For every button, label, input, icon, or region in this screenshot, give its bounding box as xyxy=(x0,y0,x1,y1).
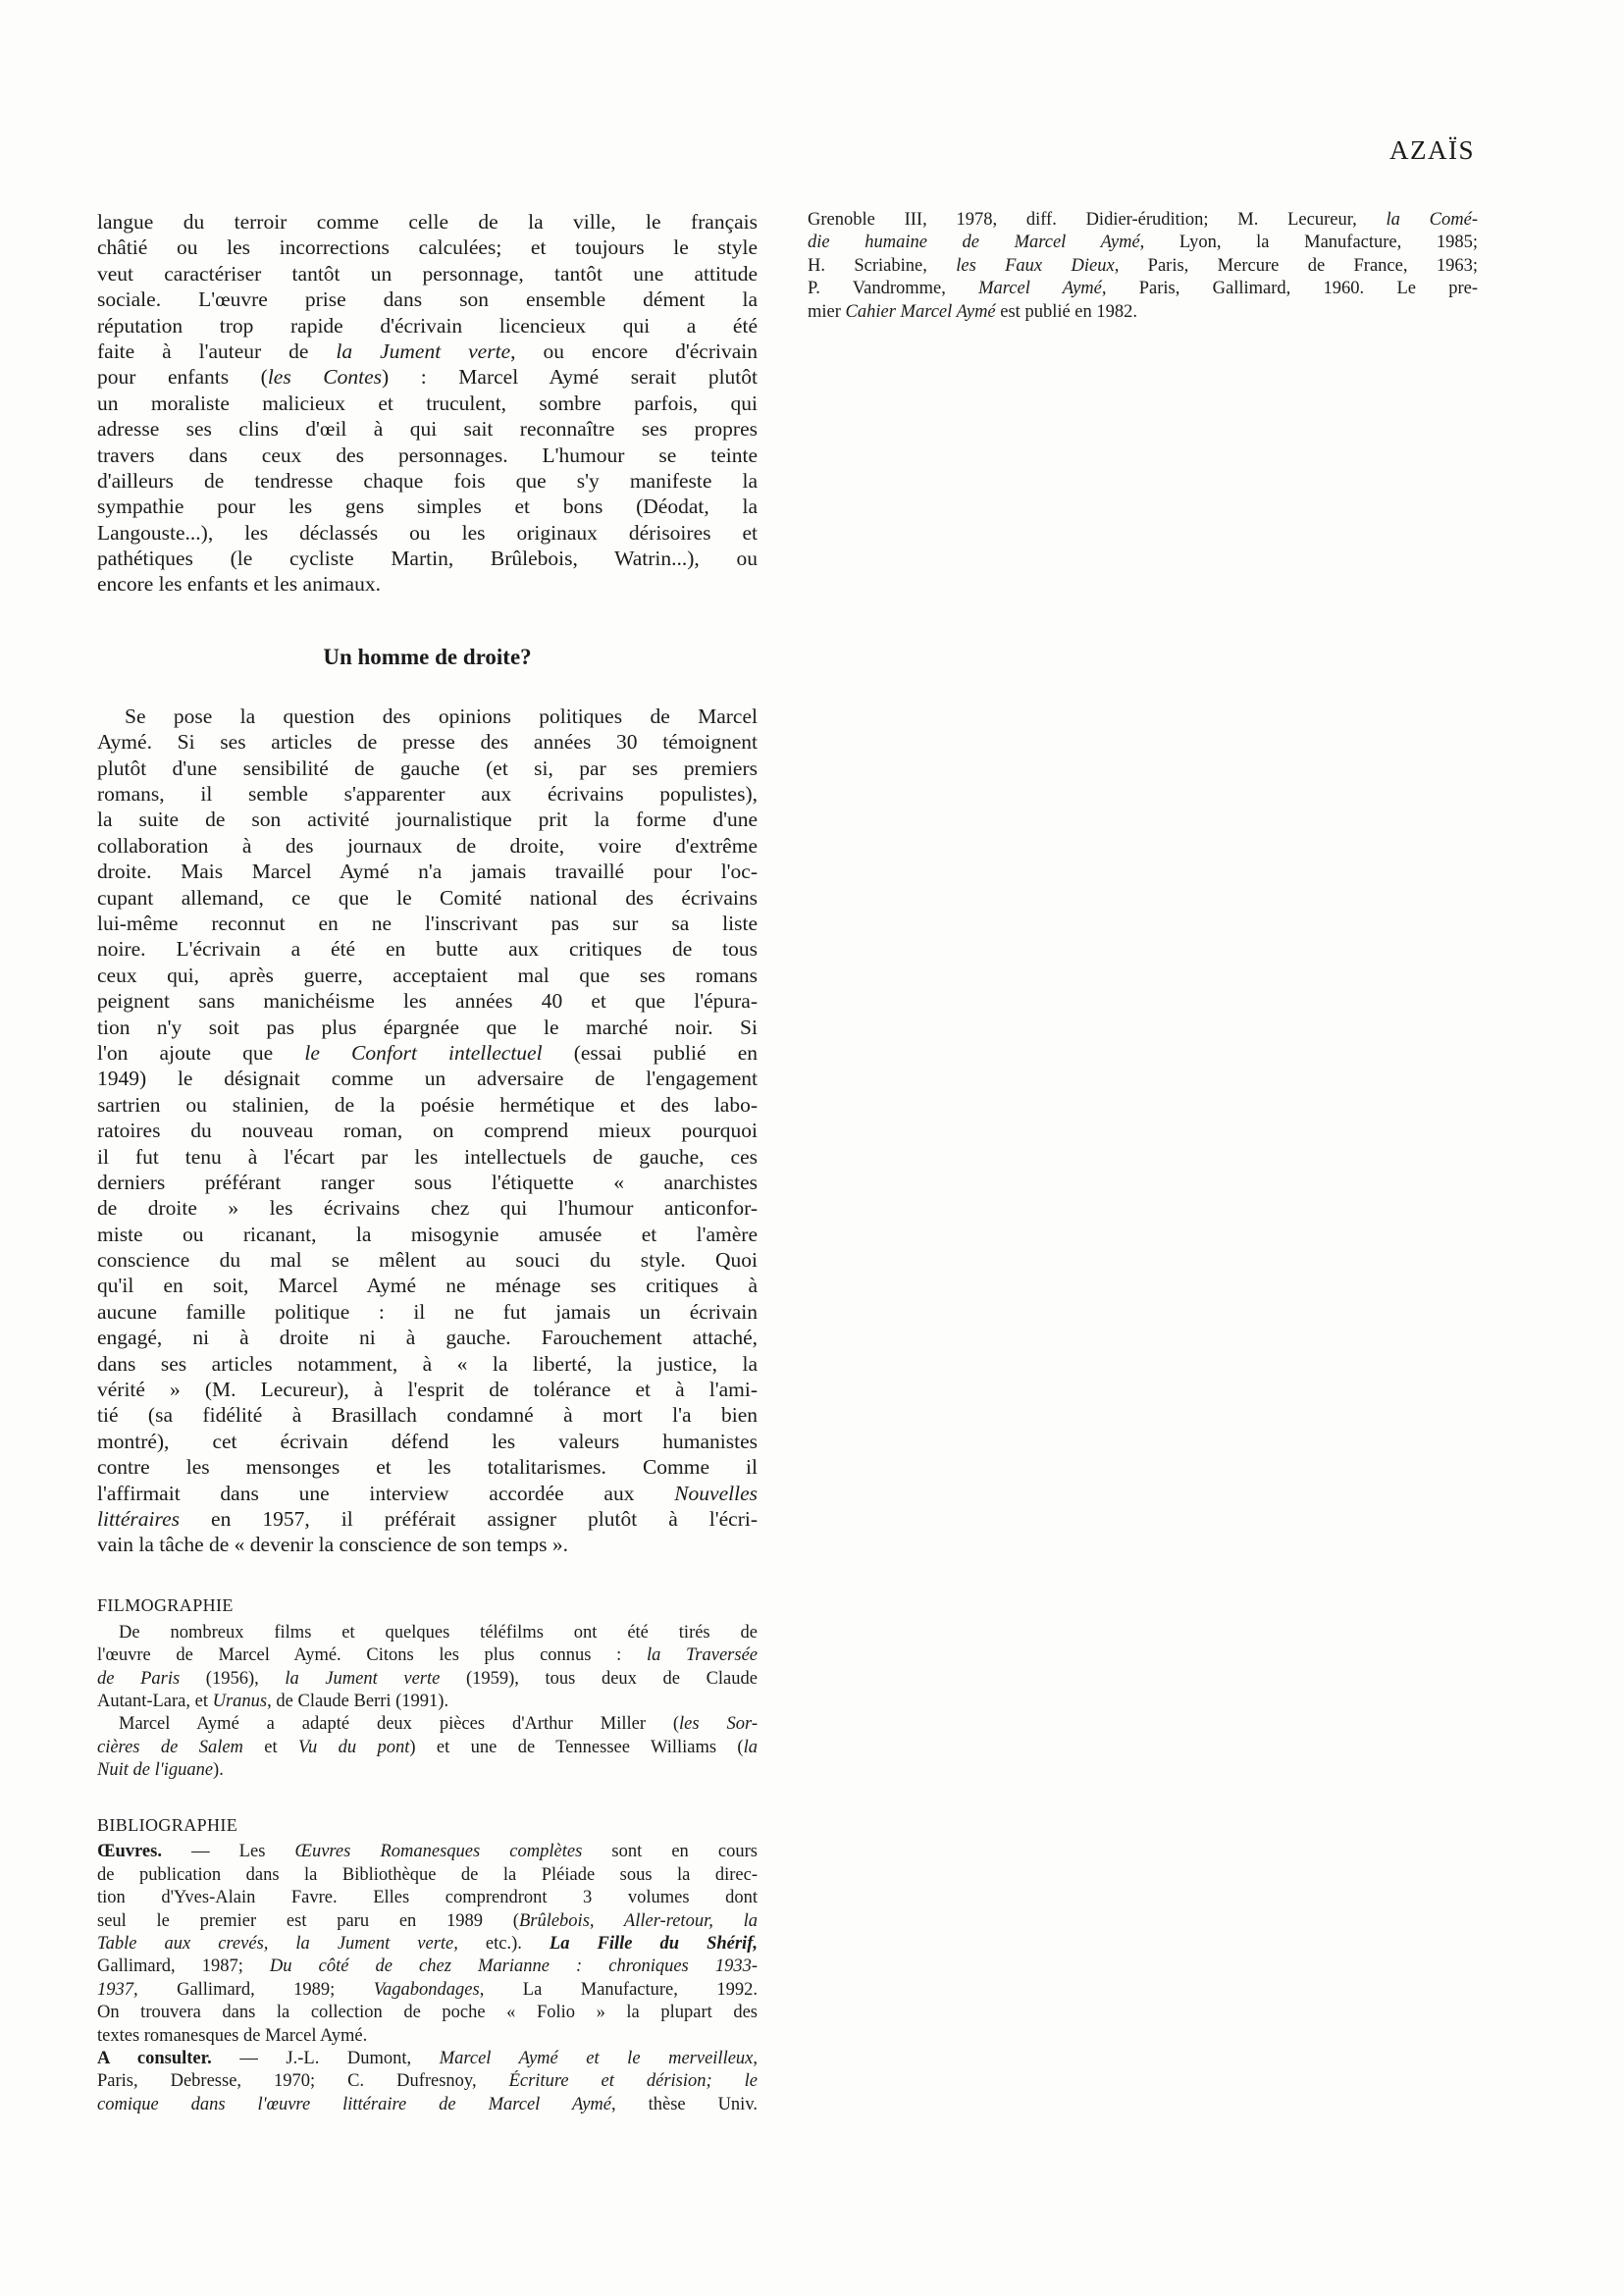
text-segment: etc.). xyxy=(458,1934,550,1954)
text-line: de droite » les écrivains chez qui l'hum… xyxy=(97,1195,758,1221)
text-segment: il fut tenu à l'écart par les intellectu… xyxy=(97,1145,758,1169)
text-segment: d'ailleurs de tendresse chaque fois que … xyxy=(97,469,758,493)
text-segment: mier xyxy=(808,302,846,322)
text-segment: Aymé. Si ses articles de presse des anné… xyxy=(97,730,758,754)
text-segment: encore les enfants et les animaux. xyxy=(97,572,381,596)
text-segment: tion d'Yves-Alain Favre. Elles comprendr… xyxy=(97,1888,758,1907)
text-segment: Autant-Lara, et xyxy=(97,1692,213,1711)
right-column: Grenoble III, 1978, diff. Didier-éruditi… xyxy=(808,209,1478,324)
left-column: langue du terroir comme celle de la vill… xyxy=(97,209,758,2116)
text-segment: sociale. L'œuvre prise dans son ensemble… xyxy=(97,287,758,311)
text-line: tié (sa fidélité à Brasillach condamné à… xyxy=(97,1402,758,1428)
text-segment: l'on ajoute que xyxy=(97,1041,304,1065)
text-segment: Gallimard, 1987; xyxy=(97,1956,270,1976)
text-line: Gallimard, 1987; Du côté de chez Mariann… xyxy=(97,1956,758,1978)
text-segment-i: Uranus xyxy=(213,1692,268,1711)
text-line: mier Cahier Marcel Aymé est publié en 19… xyxy=(808,301,1478,324)
text-segment: Grenoble III, 1978, diff. Didier-éruditi… xyxy=(808,210,1387,230)
text-segment: qu'il en soit, Marcel Aymé ne ménage ses… xyxy=(97,1274,758,1297)
text-segment: tié (sa fidélité à Brasillach condamné à… xyxy=(97,1403,758,1427)
text-line: P. Vandromme, Marcel Aymé, Paris, Gallim… xyxy=(808,278,1478,300)
text-line: un moraliste malicieux et truculent, som… xyxy=(97,391,758,416)
text-segment: un moraliste malicieux et truculent, som… xyxy=(97,391,758,415)
text-segment: montré), cet écrivain défend les valeurs… xyxy=(97,1430,758,1453)
text-segment: sont en cours xyxy=(582,1842,758,1861)
text-line: Nuit de l'iguane). xyxy=(97,1759,758,1782)
text-line: Langouste...), les déclassés ou les orig… xyxy=(97,520,758,546)
text-line: travers dans ceux des personnages. L'hum… xyxy=(97,443,758,468)
text-segment: est publié en 1982. xyxy=(996,302,1137,322)
text-line: Paris, Debresse, 1970; C. Dufresnoy, Écr… xyxy=(97,2070,758,2093)
text-segment: plutôt d'une sensibilité de gauche (et s… xyxy=(97,756,758,780)
text-segment: réputation trop rapide d'écrivain licenc… xyxy=(97,314,758,338)
text-line: il fut tenu à l'écart par les intellectu… xyxy=(97,1144,758,1170)
text-segment: Langouste...), les déclassés ou les orig… xyxy=(97,521,758,545)
text-line: A consulter. — J.-L. Dumont, Marcel Aymé… xyxy=(97,2048,758,2070)
paragraph-bibliographie-oeuvres: Œuvres. — Les Œuvres Romanesques complèt… xyxy=(97,1841,758,2048)
text-segment: ). xyxy=(213,1760,224,1780)
text-line: langue du terroir comme celle de la vill… xyxy=(97,209,758,235)
text-segment-b: Œuvres. xyxy=(97,1842,162,1861)
text-segment: , xyxy=(753,2049,758,2068)
text-line: l'affirmait dans une interview accordée … xyxy=(97,1481,758,1506)
text-segment-i: Brûlebois, Aller-retour, la xyxy=(519,1911,758,1931)
text-line: montré), cet écrivain défend les valeurs… xyxy=(97,1429,758,1454)
text-segment: faite à l'auteur de xyxy=(97,339,336,363)
text-line: qu'il en soit, Marcel Aymé ne ménage ses… xyxy=(97,1273,758,1298)
text-line: ceux qui, après guerre, acceptaient mal … xyxy=(97,963,758,988)
text-segment-i: les Faux Dieux xyxy=(956,256,1114,276)
text-segment-i: cières de Salem xyxy=(97,1738,243,1757)
paragraph-filmographie-2: Marcel Aymé a adapté deux pièces d'Arthu… xyxy=(97,1713,758,1782)
text-line: textes romanesques de Marcel Aymé. xyxy=(97,2025,758,2048)
text-segment: Se pose la question des opinions politiq… xyxy=(125,704,758,728)
text-segment: , ou encore d'écrivain xyxy=(510,339,758,363)
text-segment-i: la Jument verte xyxy=(336,339,510,363)
text-line: pathétiques (le cycliste Martin, Brûlebo… xyxy=(97,546,758,571)
text-line: cières de Salem et Vu du pont) et une de… xyxy=(97,1737,758,1759)
text-segment-i: la xyxy=(744,1738,758,1757)
text-segment-i: Vu du pont xyxy=(298,1738,409,1757)
text-line: De nombreux films et quelques téléfilms … xyxy=(97,1622,758,1644)
paragraph-filmographie-1: De nombreux films et quelques téléfilms … xyxy=(97,1622,758,1714)
text-segment-i: la Jument verte xyxy=(285,1669,440,1689)
text-segment: sartrien ou stalinien, de la poésie herm… xyxy=(97,1093,758,1117)
text-segment: seul le premier est paru en 1989 ( xyxy=(97,1911,519,1931)
text-segment: (essai publié en xyxy=(543,1041,758,1065)
text-line: d'ailleurs de tendresse chaque fois que … xyxy=(97,468,758,494)
text-segment: Paris, Debresse, 1970; C. Dufresnoy, xyxy=(97,2071,509,2091)
text-segment: langue du terroir comme celle de la vill… xyxy=(97,210,758,234)
text-segment: tion n'y soit pas plus épargnée que le m… xyxy=(97,1016,758,1039)
text-segment-i: comique dans l'œuvre littéraire de Marce… xyxy=(97,2095,611,2114)
text-line: H. Scriabine, les Faux Dieux, Paris, Mer… xyxy=(808,255,1478,278)
text-segment-i: littéraires xyxy=(97,1507,180,1531)
text-line: de Paris (1956), la Jument verte (1959),… xyxy=(97,1668,758,1691)
text-segment: l'affirmait dans une interview accordée … xyxy=(97,1482,674,1505)
text-line: l'œuvre de Marcel Aymé. Citons les plus … xyxy=(97,1644,758,1667)
text-line: engagé, ni à droite ni à gauche. Farouch… xyxy=(97,1325,758,1350)
text-segment-i: le Confort intellectuel xyxy=(304,1041,542,1065)
text-line: 1949) le désignait comme un adversaire d… xyxy=(97,1066,758,1091)
text-segment-i: Table aux crevés, la Jument verte, xyxy=(97,1934,458,1954)
text-segment-i: die humaine de Marcel Aymé xyxy=(808,233,1140,252)
text-line: aucune famille politique : il ne fut jam… xyxy=(97,1299,758,1325)
text-line: cupant allemand, ce que le Comité nation… xyxy=(97,885,758,911)
text-segment-i: les Contes xyxy=(268,365,382,389)
paragraph-style-continuation: langue du terroir comme celle de la vill… xyxy=(97,209,758,598)
text-segment: De nombreux films et quelques téléfilms … xyxy=(119,1623,758,1643)
text-segment: 1949) le désignait comme un adversaire d… xyxy=(97,1067,758,1090)
text-line: châtié ou les incorrections calculées; e… xyxy=(97,235,758,260)
text-line: l'on ajoute que le Confort intellectuel … xyxy=(97,1040,758,1066)
text-segment: aucune famille politique : il ne fut jam… xyxy=(97,1300,758,1324)
text-segment: pour enfants ( xyxy=(97,365,268,389)
text-line: contre les mensonges et les totalitarism… xyxy=(97,1454,758,1480)
text-line: Œuvres. — Les Œuvres Romanesques complèt… xyxy=(97,1841,758,1863)
text-line: Aymé. Si ses articles de presse des anné… xyxy=(97,729,758,755)
text-segment-i: la Comé- xyxy=(1387,210,1478,230)
text-line: adresse ses clins d'œil à qui sait recon… xyxy=(97,416,758,442)
text-line: tion n'y soit pas plus épargnée que le m… xyxy=(97,1015,758,1040)
text-segment-i: les Sor- xyxy=(679,1714,758,1734)
text-segment: et xyxy=(243,1738,298,1757)
text-segment: de droite » les écrivains chez qui l'hum… xyxy=(97,1196,758,1220)
text-segment-i: Nouvelles xyxy=(674,1482,758,1505)
text-segment: peignent sans manichéisme les années 40 … xyxy=(97,989,758,1013)
text-line: Table aux crevés, la Jument verte, etc.)… xyxy=(97,1933,758,1956)
text-segment: conscience du mal se mêlent au souci du … xyxy=(97,1248,758,1272)
text-segment: de publication dans la Bibliothèque de l… xyxy=(97,1865,758,1885)
text-line: de publication dans la Bibliothèque de l… xyxy=(97,1864,758,1887)
text-segment: ceux qui, après guerre, acceptaient mal … xyxy=(97,964,758,987)
text-line: Se pose la question des opinions politiq… xyxy=(97,704,758,729)
text-line: die humaine de Marcel Aymé, Lyon, la Man… xyxy=(808,232,1478,254)
text-segment: engagé, ni à droite ni à gauche. Farouch… xyxy=(97,1326,758,1349)
scanned-page: AZAÏS langue du terroir comme celle de l… xyxy=(0,0,1624,2295)
text-line: 1937, Gallimard, 1989; Vagabondages, La … xyxy=(97,1979,758,2002)
text-segment-i: la Traversée xyxy=(647,1645,758,1665)
text-line: noire. L'écrivain a été en butte aux cri… xyxy=(97,936,758,962)
section-heading-filmographie: FILMOGRAPHIE xyxy=(97,1595,758,1616)
text-segment-i: Écriture et dérision; le xyxy=(509,2071,758,2091)
page-header-word: AZAÏS xyxy=(1389,135,1475,166)
text-line: sympathie pour les gens simples et bons … xyxy=(97,494,758,519)
paragraph-bibliographie-continuation: Grenoble III, 1978, diff. Didier-éruditi… xyxy=(808,209,1478,324)
text-segment: droite. Mais Marcel Aymé n'a jamais trav… xyxy=(97,860,758,883)
text-segment: derniers préférant ranger sous l'étiquet… xyxy=(97,1171,758,1194)
text-line: peignent sans manichéisme les années 40 … xyxy=(97,988,758,1014)
text-segment: , de Claude Berri (1991). xyxy=(267,1692,448,1711)
text-line: Autant-Lara, et Uranus, de Claude Berri … xyxy=(97,1691,758,1713)
text-segment-i: de Paris xyxy=(97,1669,180,1689)
text-line: lui-même reconnut en ne l'inscrivant pas… xyxy=(97,911,758,936)
text-segment: vérité » (M. Lecureur), à l'esprit de to… xyxy=(97,1378,758,1401)
text-segment: veut caractériser tantôt un personnage, … xyxy=(97,262,758,286)
text-segment: , Paris, Gallimard, 1960. Le pre- xyxy=(1102,279,1478,298)
text-line: pour enfants (les Contes) : Marcel Aymé … xyxy=(97,364,758,390)
text-segment: , Paris, Mercure de France, 1963; xyxy=(1115,256,1478,276)
text-line: plutôt d'une sensibilité de gauche (et s… xyxy=(97,756,758,781)
text-segment: travers dans ceux des personnages. L'hum… xyxy=(97,443,758,467)
text-segment-i: 1937, xyxy=(97,1980,138,2000)
text-segment: contre les mensonges et les totalitarism… xyxy=(97,1455,758,1479)
text-segment-i: Nuit de l'iguane xyxy=(97,1760,213,1780)
text-segment-b: A consulter. xyxy=(97,2049,212,2068)
text-segment: châtié ou les incorrections calculées; e… xyxy=(97,235,758,259)
text-line: derniers préférant ranger sous l'étiquet… xyxy=(97,1170,758,1195)
text-segment: On trouvera dans la collection de poche … xyxy=(97,2003,758,2022)
text-line: sociale. L'œuvre prise dans son ensemble… xyxy=(97,287,758,312)
text-segment-i: Cahier Marcel Aymé xyxy=(846,302,996,322)
text-segment: noire. L'écrivain a été en butte aux cri… xyxy=(97,937,758,961)
text-segment: en 1957, il préférait assigner plutôt à … xyxy=(180,1507,758,1531)
text-line: seul le premier est paru en 1989 (Brûleb… xyxy=(97,1910,758,1933)
text-segment: (1956), xyxy=(180,1669,285,1689)
text-segment: pathétiques (le cycliste Martin, Brûlebo… xyxy=(97,547,758,570)
text-segment: , thèse Univ. xyxy=(611,2095,758,2114)
paragraph-opinions-politiques: Se pose la question des opinions politiq… xyxy=(97,704,758,1558)
text-segment: ratoires du nouveau roman, on comprend m… xyxy=(97,1119,758,1142)
text-segment: P. Vandromme, xyxy=(808,279,978,298)
text-line: miste ou ricanant, la misogynie amusée e… xyxy=(97,1222,758,1247)
text-segment: cupant allemand, ce que le Comité nation… xyxy=(97,886,758,910)
text-segment: ) : Marcel Aymé serait plutôt xyxy=(382,365,758,389)
text-line: veut caractériser tantôt un personnage, … xyxy=(97,261,758,287)
text-segment: Gallimard, 1989; xyxy=(138,1980,374,2000)
text-segment: adresse ses clins d'œil à qui sait recon… xyxy=(97,417,758,441)
text-segment: dans ses articles notamment, à « la libe… xyxy=(97,1352,758,1376)
text-segment: vain la tâche de « devenir la conscience… xyxy=(97,1533,568,1556)
text-line: Marcel Aymé a adapté deux pièces d'Arthu… xyxy=(97,1713,758,1736)
text-segment: romans, il semble s'apparenter aux écriv… xyxy=(97,782,758,806)
text-line: sartrien ou stalinien, de la poésie herm… xyxy=(97,1092,758,1118)
text-segment: miste ou ricanant, la misogynie amusée e… xyxy=(97,1223,758,1246)
text-line: droite. Mais Marcel Aymé n'a jamais trav… xyxy=(97,859,758,884)
text-segment: textes romanesques de Marcel Aymé. xyxy=(97,2026,367,2046)
text-line: vain la tâche de « devenir la conscience… xyxy=(97,1532,758,1557)
text-segment-bi: La Fille du Shérif, xyxy=(550,1934,758,1954)
text-line: comique dans l'œuvre littéraire de Marce… xyxy=(97,2094,758,2116)
text-segment: (1959), tous deux de Claude xyxy=(440,1669,758,1689)
text-segment: — J.-L. Dumont, xyxy=(212,2049,440,2068)
text-line: On trouvera dans la collection de poche … xyxy=(97,2002,758,2024)
text-segment: sympathie pour les gens simples et bons … xyxy=(97,495,758,518)
text-line: conscience du mal se mêlent au souci du … xyxy=(97,1247,758,1273)
text-segment: ) et une de Tennessee Williams ( xyxy=(409,1738,743,1757)
text-segment: Marcel Aymé a adapté deux pièces d'Arthu… xyxy=(119,1714,679,1734)
text-segment: lui-même reconnut en ne l'inscrivant pas… xyxy=(97,912,758,935)
text-segment-i: Marcel Aymé et le merveilleux xyxy=(440,2049,754,2068)
section-heading-bibliographie: BIBLIOGRAPHIE xyxy=(97,1815,758,1836)
text-line: encore les enfants et les animaux. xyxy=(97,571,758,597)
text-segment: , La Manufacture, 1992. xyxy=(480,1980,758,2000)
text-segment-i: Marcel Aymé xyxy=(978,279,1102,298)
text-line: Grenoble III, 1978, diff. Didier-éruditi… xyxy=(808,209,1478,232)
section-heading-un-homme-de-droite: Un homme de droite? xyxy=(97,643,758,672)
text-line: collaboration à des journaux de droite, … xyxy=(97,833,758,859)
text-line: tion d'Yves-Alain Favre. Elles comprendr… xyxy=(97,1887,758,1909)
text-line: faite à l'auteur de la Jument verte, ou … xyxy=(97,339,758,364)
text-segment-i: Œuvres Romanesques complètes xyxy=(295,1842,583,1861)
text-segment-i: Du côté de chez Marianne : chroniques 19… xyxy=(270,1956,758,1976)
text-segment: — Les xyxy=(162,1842,295,1861)
text-segment: , Lyon, la Manufacture, 1985; xyxy=(1140,233,1478,252)
text-segment-i: Vagabondages xyxy=(374,1980,480,2000)
text-segment: la suite de son activité journalistique … xyxy=(97,808,758,831)
text-line: vérité » (M. Lecureur), à l'esprit de to… xyxy=(97,1377,758,1402)
text-line: romans, il semble s'apparenter aux écriv… xyxy=(97,781,758,807)
text-segment: l'œuvre de Marcel Aymé. Citons les plus … xyxy=(97,1645,647,1665)
paragraph-bibliographie-a-consulter: A consulter. — J.-L. Dumont, Marcel Aymé… xyxy=(97,2048,758,2116)
text-line: dans ses articles notamment, à « la libe… xyxy=(97,1351,758,1377)
text-line: la suite de son activité journalistique … xyxy=(97,807,758,832)
text-segment: collaboration à des journaux de droite, … xyxy=(97,834,758,858)
text-segment: H. Scriabine, xyxy=(808,256,956,276)
text-line: ratoires du nouveau roman, on comprend m… xyxy=(97,1118,758,1143)
text-line: réputation trop rapide d'écrivain licenc… xyxy=(97,313,758,339)
text-line: littéraires en 1957, il préférait assign… xyxy=(97,1506,758,1532)
